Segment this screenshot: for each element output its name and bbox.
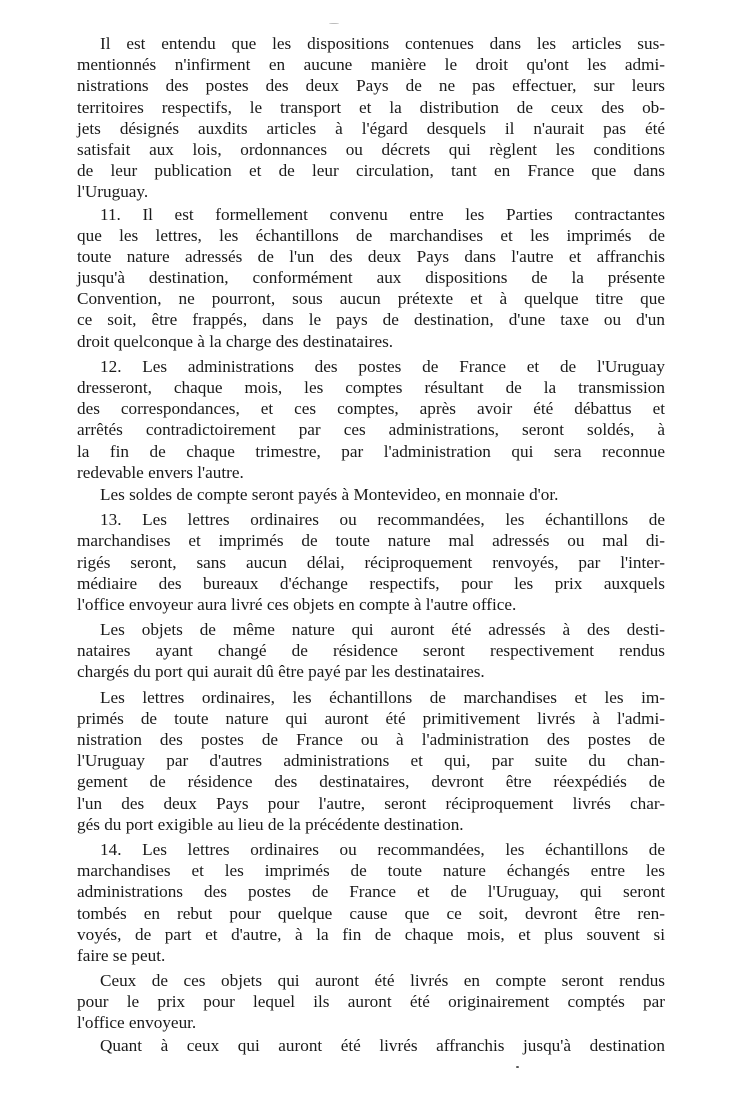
text-line: de leur publication et de leur circulati… <box>77 160 665 181</box>
text-line: droit quelconque à la charge des destina… <box>77 331 665 352</box>
text-line: l'Uruguay par d'autres administrations e… <box>77 750 665 771</box>
text-line: l'Uruguay. <box>77 181 665 202</box>
article-12-soldes: Les soldes de compte seront payés à Mont… <box>77 484 665 505</box>
scan-speck <box>516 1066 519 1068</box>
text-line: ce soit, être frappés, dans le pays de d… <box>77 309 665 330</box>
text-line: jusqu'à destination, conformément aux di… <box>77 267 665 288</box>
article-12: 12. Les administrations des postes de Fr… <box>77 356 665 483</box>
text-line: gement de résidence des destinataires, d… <box>77 771 665 792</box>
text-line: tombés en rebut pour quelque cause que c… <box>77 903 665 924</box>
text-line: territoires respectifs, le transport et … <box>77 97 665 118</box>
text-line: Il est entendu que les dispositions cont… <box>77 33 665 54</box>
text-line: Convention, ne pourront, sous aucun prét… <box>77 288 665 309</box>
text-line: l'un des deux Pays pour l'autre, seront … <box>77 793 665 814</box>
text-line: administrations des postes de France et … <box>77 881 665 902</box>
text-line: satisfait aux lois, ordonnances ou décre… <box>77 139 665 160</box>
article-14-compte: Ceux de ces objets qui auront été livrés… <box>77 970 665 1034</box>
text-line: nistration des postes de France ou à l'a… <box>77 729 665 750</box>
text-line: jets désignés auxdits articles à l'égard… <box>77 118 665 139</box>
text-line: Les lettres ordinaires, les échantillons… <box>77 687 665 708</box>
text-line: la fin de chaque trimestre, par l'admini… <box>77 441 665 462</box>
text-line: mentionnés n'infirment en aucune manière… <box>77 54 665 75</box>
article-13-reexpedies: Les lettres ordinaires, les échantillons… <box>77 687 665 835</box>
text-line: Les objets de même nature qui auront été… <box>77 619 665 640</box>
article-13: 13. Les lettres ordinaires ou recommandé… <box>77 509 665 615</box>
text-line: toute nature adressés de l'un des deux P… <box>77 246 665 267</box>
text-line: nistrations des postes des deux Pays de … <box>77 75 665 96</box>
text-line: pour le prix pour lequel ils auront été … <box>77 991 665 1012</box>
text-line: primés de toute nature qui auront été pr… <box>77 708 665 729</box>
article-13-residence: Les objets de même nature qui auront été… <box>77 619 665 683</box>
text-line: nataires ayant changé de résidence seron… <box>77 640 665 661</box>
text-line: redevable envers l'autre. <box>77 462 665 483</box>
text-line: faire se peut. <box>77 945 665 966</box>
text-line: des correspondances, et ces comptes, apr… <box>77 398 665 419</box>
text-line: l'office envoyeur aura livré ces objets … <box>77 594 665 615</box>
text-line: arrêtés contradictoirement par ces admin… <box>77 419 665 440</box>
text-line: dresseront, chaque mois, les comptes rés… <box>77 377 665 398</box>
text-line: Ceux de ces objets qui auront été livrés… <box>77 970 665 991</box>
text-line: 13. Les lettres ordinaires ou recommandé… <box>77 509 665 530</box>
text-line: que les lettres, les échantillons de mar… <box>77 225 665 246</box>
text-line: 11. Il est formellement convenu entre le… <box>77 204 665 225</box>
text-line: l'office envoyeur. <box>77 1012 665 1033</box>
article-14-affranchis: Quant à ceux qui auront été livrés affra… <box>77 1035 665 1056</box>
text-line: Quant à ceux qui auront été livrés affra… <box>77 1035 665 1056</box>
article-11: 11. Il est formellement convenu entre le… <box>77 204 665 352</box>
text-line: marchandises et imprimés de toute nature… <box>77 530 665 551</box>
document-page: Il est entendu que les dispositions cont… <box>77 33 665 1060</box>
text-line: Les soldes de compte seront payés à Mont… <box>77 484 665 505</box>
text-line: gés du port exigible au lieu de la précé… <box>77 814 665 835</box>
text-line: voyés, de part et d'autre, à la fin de c… <box>77 924 665 945</box>
scan-speck <box>329 23 339 24</box>
paragraph-intro: Il est entendu que les dispositions cont… <box>77 33 665 203</box>
text-line: rigés seront, sans aucun délai, réciproq… <box>77 552 665 573</box>
text-line: médiaire des bureaux d'échange respectif… <box>77 573 665 594</box>
text-line: 14. Les lettres ordinaires ou recommandé… <box>77 839 665 860</box>
text-line: marchandises et les imprimés de toute na… <box>77 860 665 881</box>
text-line: chargés du port qui aurait dû être payé … <box>77 661 665 682</box>
text-line: 12. Les administrations des postes de Fr… <box>77 356 665 377</box>
article-14: 14. Les lettres ordinaires ou recommandé… <box>77 839 665 966</box>
